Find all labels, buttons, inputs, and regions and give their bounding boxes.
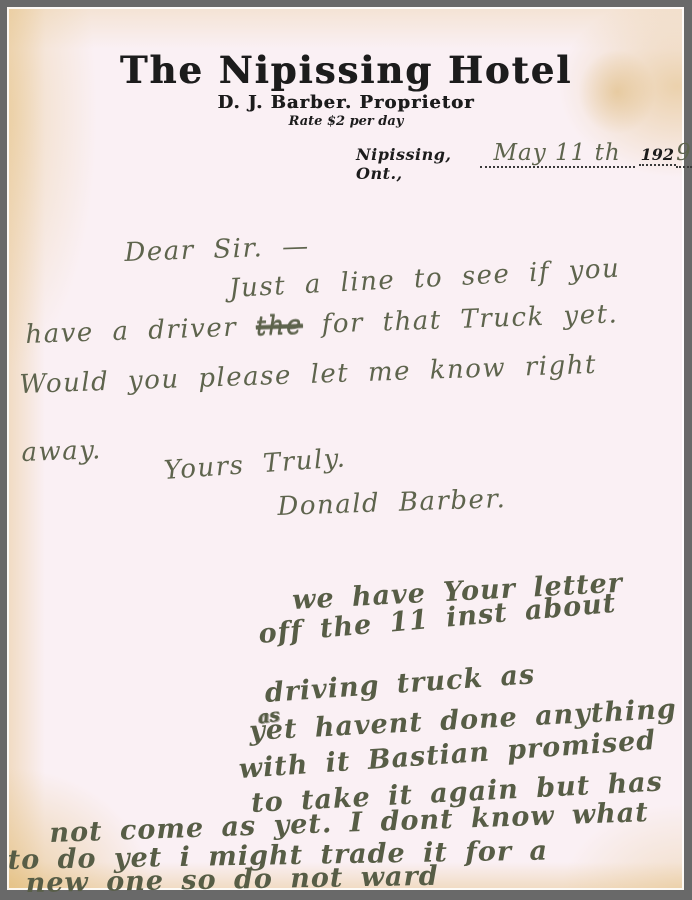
dateline-date-fill: May 11 th <box>480 140 635 168</box>
dateline: Nipissing, Ont., May 11 th 192 9 <box>356 140 692 183</box>
crossed-out-word: the <box>255 310 303 342</box>
dateline-year-prefix: 192 <box>639 145 676 166</box>
handwritten-year: 9 <box>676 140 692 166</box>
letter-line-4: away. <box>21 435 102 468</box>
letterhead-hotel-name: The Nipissing Hotel <box>0 48 692 92</box>
dateline-place: Nipissing, Ont., <box>356 145 474 183</box>
reply-line-9: new one so do not ward <box>25 861 438 899</box>
handwritten-date: May 11 th <box>493 140 620 166</box>
letterhead-proprietor: D. J. Barber. Proprietor <box>0 92 692 113</box>
dateline-year-fill: 9 <box>676 140 692 168</box>
letterhead-rate: Rate $2 per day <box>0 114 692 129</box>
